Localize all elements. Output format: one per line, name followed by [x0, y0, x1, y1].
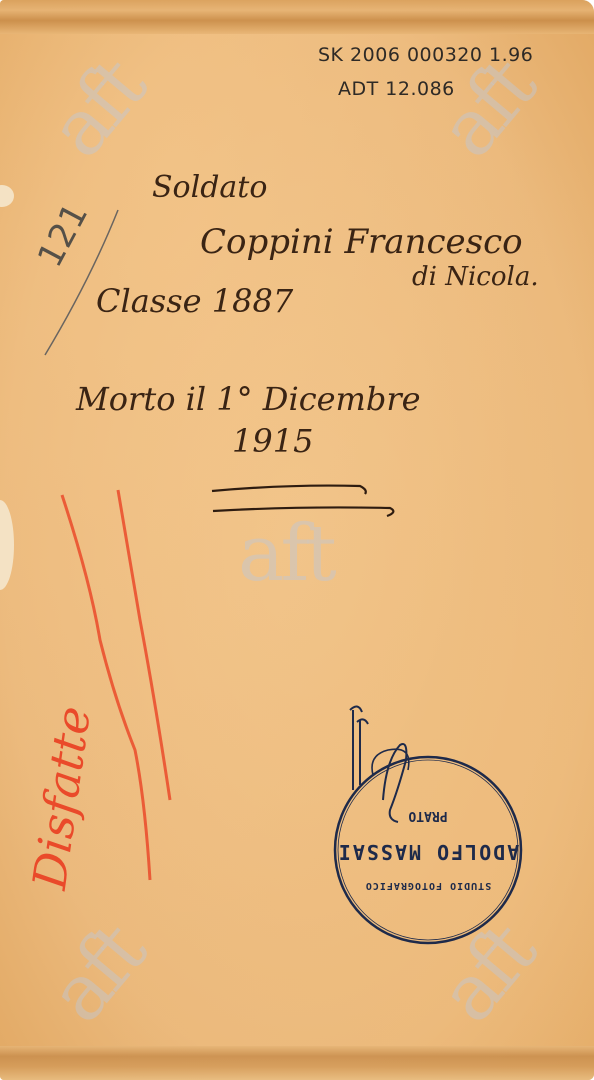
stamp-name: ADOLFO MASSAI	[328, 840, 528, 864]
stamp-studio: STUDIO FOTOGRAFICO	[328, 880, 528, 891]
envelope-scan: aft aft aft aft aft SK 2006 000320 1.96 …	[0, 0, 594, 1080]
stamp-city: PRATO	[328, 808, 528, 823]
photographer-stamp: PRATO ADOLFO MASSAI STUDIO FOTOGRAFICO	[328, 700, 528, 945]
